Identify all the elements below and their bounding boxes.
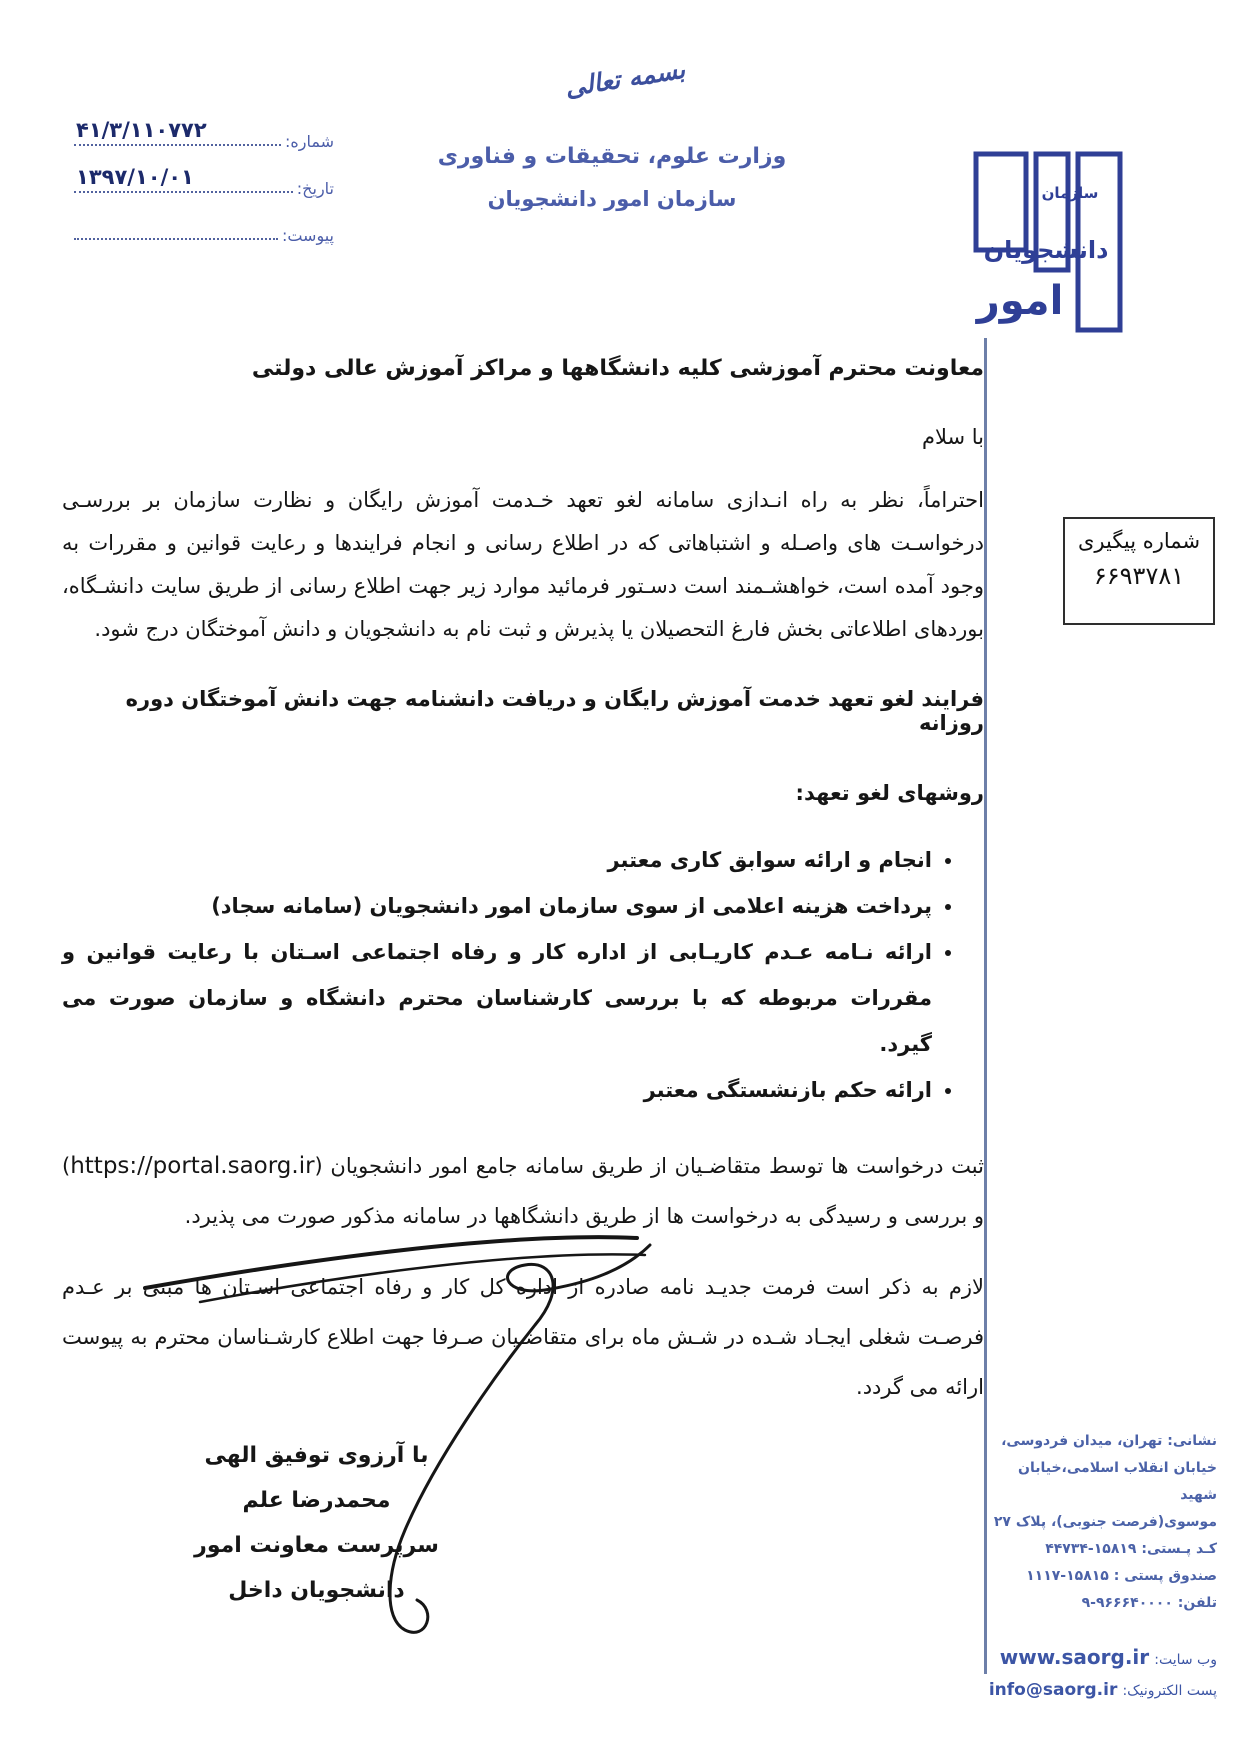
meta-row-attachment: پیوست:	[72, 198, 334, 245]
letter-body: معاونت محترم آموزشی کلیه دانشگاهها و مرا…	[62, 340, 984, 1613]
tracking-label: شماره پیگیری	[1065, 529, 1213, 553]
address-line: صندوق پستی : ۱۵۸۱۵-۱۱۱۷	[993, 1563, 1217, 1590]
email-row: پست الکترونیک: info@saorg.ir	[890, 1675, 1217, 1706]
list-item: ارائه حکم بازنشستگی معتبر	[62, 1067, 932, 1113]
process-title: فرایند لغو تعهد خدمت آموزش رایگان و دریا…	[62, 687, 984, 735]
tracking-value: ۶۶۹۳۷۸۱	[1065, 562, 1213, 590]
address-line: خیابان انقلاب اسلامی،خیابان شهید	[993, 1455, 1217, 1509]
svg-text:دانشجویان: دانشجویان	[984, 236, 1109, 264]
attachment-dotted-line	[74, 237, 278, 240]
paragraph-portal: ثبت درخواست ها توسط متقاضـیان از طریق سا…	[62, 1141, 984, 1241]
website-url: www.saorg.ir	[1000, 1645, 1149, 1669]
web-contact-block: وب سایت: www.saorg.ir پست الکترونیک: inf…	[890, 1642, 1217, 1706]
number-label: شماره:	[285, 132, 334, 151]
letter-meta-block: شماره: ۴۱/۳/۱۱۰۷۷۲ تاریخ: ۱۳۹۷/۱۰/۰۱ پیو…	[72, 104, 334, 245]
letter-page: بسمه تعالی وزارت علوم، تحقیقات و فناوری …	[0, 0, 1239, 1754]
date-label: تاریخ:	[297, 179, 334, 198]
email-address: info@saorg.ir	[989, 1680, 1118, 1700]
date-value: ۱۳۹۷/۱۰/۰۱	[76, 165, 194, 189]
list-item: انجام و ارائه سوابق کاری معتبر	[62, 837, 932, 883]
email-label: پست الکترونیک:	[1122, 1683, 1217, 1699]
margin-rule	[984, 338, 987, 1674]
recipient-line: معاونت محترم آموزشی کلیه دانشگاهها و مرا…	[62, 356, 984, 381]
saorg-logo-icon: سازمان دانشجویان امور	[958, 146, 1130, 338]
tracking-number-box: شماره پیگیری ۶۶۹۳۷۸۱	[1063, 517, 1215, 625]
number-value: ۴۱/۳/۱۱۰۷۷۲	[76, 118, 207, 142]
address-block: نشانی: تهران، میدان فردوسی، خیابان انقلا…	[993, 1428, 1217, 1617]
meta-row-number: شماره: ۴۱/۳/۱۱۰۷۷۲	[72, 104, 334, 151]
address-line: کـد پـستی: ۱۵۸۱۹-۴۴۷۳۴	[993, 1536, 1217, 1563]
address-line: تلفن: ۹۶۶۶۴۰۰۰۰-۹	[993, 1590, 1217, 1617]
paragraph-portal-text: ثبت درخواست ها توسط متقاضـیان از طریق سا…	[315, 1154, 984, 1178]
signatory-title: سرپرست معاونت امور دانشجویان داخل	[144, 1523, 489, 1613]
paragraph-intro: احتراماً، نظر به راه انـدازی سامانه لغو …	[62, 479, 984, 651]
paragraph-note: لازم به ذکر است فرمت جدیـد نامه صادره از…	[62, 1262, 984, 1412]
address-line: موسوی(فرصت جنوبی)، پلاک ۲۷	[993, 1509, 1217, 1536]
besmele-calligraphy: بسمه تعالی	[539, 51, 711, 106]
signatory-name: محمدرضا علم	[144, 1478, 489, 1523]
meta-row-date: تاریخ: ۱۳۹۷/۱۰/۰۱	[72, 151, 334, 198]
signature-block: با آرزوی توفیق الهی محمدرضا علم سرپرست م…	[144, 1433, 489, 1613]
number-dotted-line	[74, 143, 281, 146]
svg-text:سازمان: سازمان	[1042, 184, 1099, 202]
address-line: نشانی: تهران، میدان فردوسی،	[993, 1428, 1217, 1455]
list-item: ارائه نـامه عـدم کاریـابی از اداره کار و…	[62, 929, 932, 1067]
website-row: وب سایت: www.saorg.ir	[890, 1642, 1217, 1675]
signature-closing: با آرزوی توفیق الهی	[144, 1433, 489, 1478]
date-dotted-line	[74, 190, 293, 193]
ministry-name: وزارت علوم، تحقیقات و فناوری	[312, 144, 912, 169]
portal-url: https://portal.saorg.ir	[70, 1153, 314, 1179]
methods-title: روشهای لغو تعهد:	[62, 781, 984, 805]
attachment-label: پیوست:	[282, 226, 334, 245]
salutation: با سلام	[62, 425, 984, 449]
methods-list: انجام و ارائه سوابق کاری معتبر پرداخت هز…	[62, 837, 984, 1113]
organization-name: سازمان امور دانشجویان	[312, 187, 912, 211]
website-label: وب سایت:	[1154, 1652, 1217, 1668]
list-item: پرداخت هزینه اعلامی از سوی سازمان امور د…	[62, 883, 932, 929]
svg-text:امور: امور	[975, 278, 1064, 324]
